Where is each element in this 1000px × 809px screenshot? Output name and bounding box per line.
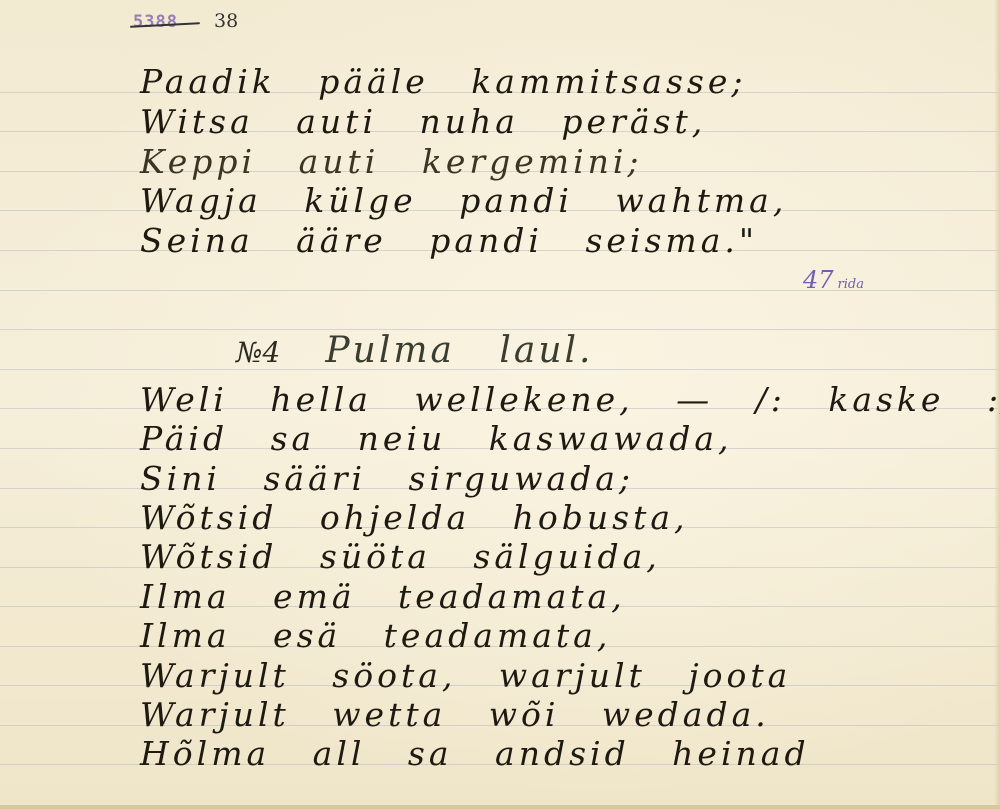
verse-line: Warjult söota, warjult joota [140,659,791,692]
verse-line: Sini sääri sirguwada; [140,462,634,495]
verse-line: Seina ääre pandi seisma." [140,224,758,257]
verse-line: Wõtsid ohjelda hobusta, [140,501,689,534]
verse-line: Ilma emä teadamata, [140,580,626,613]
verse-line: Warjult wetta wõi wedada. [140,698,770,731]
page-number: 38 [214,10,238,32]
verse-line: Hõlma all sa andsid heinad [140,737,810,770]
line-count-unit: rida [838,277,864,292]
verse-line: Witsa auti nuha peräst, [140,105,706,138]
paper-edge-bottom [0,805,1000,809]
verse-line: Paadik pääle kammitsasse; [140,65,746,98]
song-heading: №4 Pulma laul. [236,330,594,371]
manuscript-page: 5388 38 Paadik pääle kammitsasse; Witsa … [0,0,1000,809]
archive-stamp: 5388 [133,12,178,32]
verse-line: Päid sa neiu kaswawada, [140,422,732,455]
verse-line: Wõtsid süöta sälguida, [140,540,661,573]
verse-line: Wagja külge pandi wahtma, [140,184,787,217]
verse-line: Keppi auti kergemini; [140,145,643,178]
verse-line: Ilma esä teadamata, [140,619,611,652]
line-count-number: 47 [803,266,834,294]
song-number: №4 [236,336,280,369]
song-title: Pulma laul. [325,330,593,371]
verse-line: Weli hella wellekene, — /: kaske :/ [140,383,1000,416]
line-count-annotation: 47rida [803,266,864,294]
